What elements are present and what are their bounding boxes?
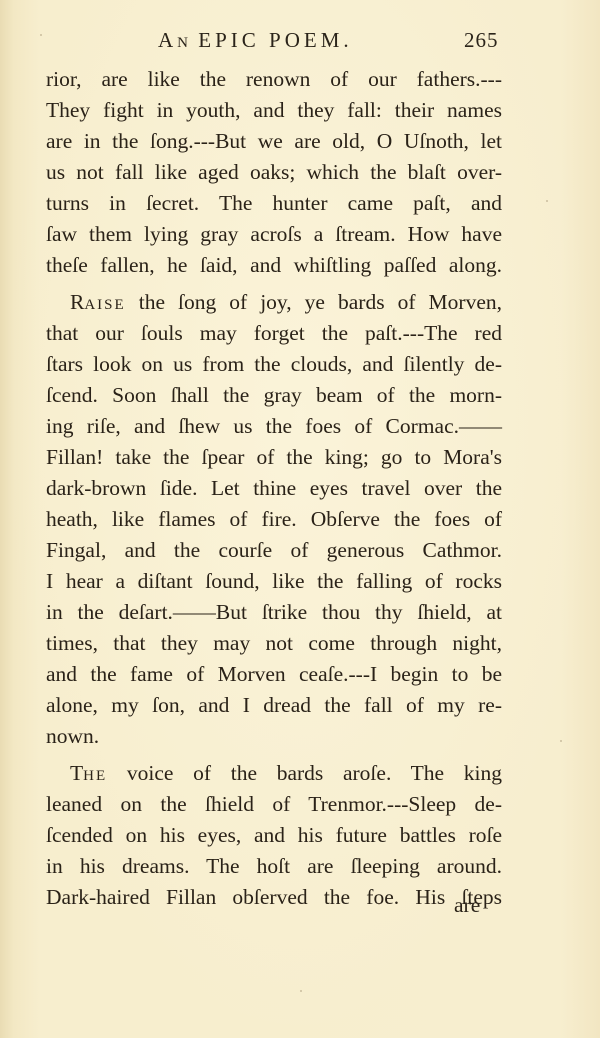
title-initial: A (158, 28, 177, 52)
text-line: rior, are like the renown of our fathers… (46, 64, 502, 95)
text-line: and the fame of Morven ceaſe.---I begin … (46, 659, 502, 690)
running-title: AN EPIC POEM. (158, 28, 353, 53)
catchword: are (454, 893, 480, 918)
paragraph-opening-line: RAISE the ſong of joy, ye bards of Morve… (46, 287, 502, 318)
opening-smallcaps: AISE (84, 297, 125, 313)
opening-rest: voice of the bards aroſe. The king (107, 761, 502, 785)
title-smallcaps: N (177, 35, 189, 51)
text-line: turns in ſecret. The hunter came paſt, a… (46, 188, 502, 219)
text-line: Fingal, and the courſe of generous Cathm… (46, 535, 502, 566)
page-number: 265 (464, 28, 499, 53)
text-line: alone, my ſon, and I dread the fall of m… (46, 690, 502, 721)
text-line: ſcended on his eyes, and his future batt… (46, 820, 502, 851)
paper-speck (378, 903, 380, 905)
text-line: heath, like flames of fire. Obſerve the … (46, 504, 502, 535)
text-line: that our ſouls may forget the paſt.---Th… (46, 318, 502, 349)
text-line: in his dreams. The hoſt are ſleeping aro… (46, 851, 502, 882)
text-line: times, that they may not come through ni… (46, 628, 502, 659)
text-line: They fight in youth, and they fall: thei… (46, 95, 502, 126)
text-line: are in the ſong.---But we are old, O Uſn… (46, 126, 502, 157)
paragraph-1: rior, are like the renown of our fathers… (46, 64, 502, 281)
text-line: I hear a diſtant ſound, like the falling… (46, 566, 502, 597)
paper-speck (40, 34, 42, 36)
text-line: ing riſe, and ſhew us the foes of Cormac… (46, 411, 502, 442)
opening-rest: the ſong of joy, ye bards of Morven, (126, 290, 502, 314)
paper-speck (546, 200, 548, 202)
title-rest: EPIC POEM. (189, 28, 353, 52)
text-line: us not fall like aged oaks; which the bl… (46, 157, 502, 188)
opening-initial: T (70, 761, 83, 785)
opening-smallcaps: HE (83, 768, 107, 784)
paragraph-3: THE voice of the bards aroſe. The king l… (46, 758, 502, 913)
text-line: dark-brown ſide. Let thine eyes travel o… (46, 473, 502, 504)
text-line: nown. (46, 721, 502, 752)
paper-speck (300, 990, 302, 992)
text-line: theſe fallen, he ſaid, and whiſtling paſ… (46, 250, 502, 281)
text-line: ſtars look on us from the clouds, and ſi… (46, 349, 502, 380)
book-page: AN EPIC POEM. 265 rior, are like the ren… (0, 0, 600, 1038)
text-line: in the deſart.——But ſtrike thou thy ſhie… (46, 597, 502, 628)
paragraph-opening-line: THE voice of the bards aroſe. The king (46, 758, 502, 789)
paragraph-2: RAISE the ſong of joy, ye bards of Morve… (46, 287, 502, 752)
text-line: leaned on the ſhield of Trenmor.---Sleep… (46, 789, 502, 820)
running-head: AN EPIC POEM. 265 (0, 24, 600, 54)
text-line: ſcend. Soon ſhall the gray beam of the m… (46, 380, 502, 411)
text-line: Fillan! take the ſpear of the king; go t… (46, 442, 502, 473)
opening-initial: R (70, 290, 84, 314)
text-line: Dark-haired Fillan obſerved the foe. His… (46, 882, 502, 913)
paper-speck (560, 740, 562, 742)
text-line: ſaw them lying gray acroſs a ſtream. How… (46, 219, 502, 250)
body-text: rior, are like the renown of our fathers… (46, 64, 502, 913)
